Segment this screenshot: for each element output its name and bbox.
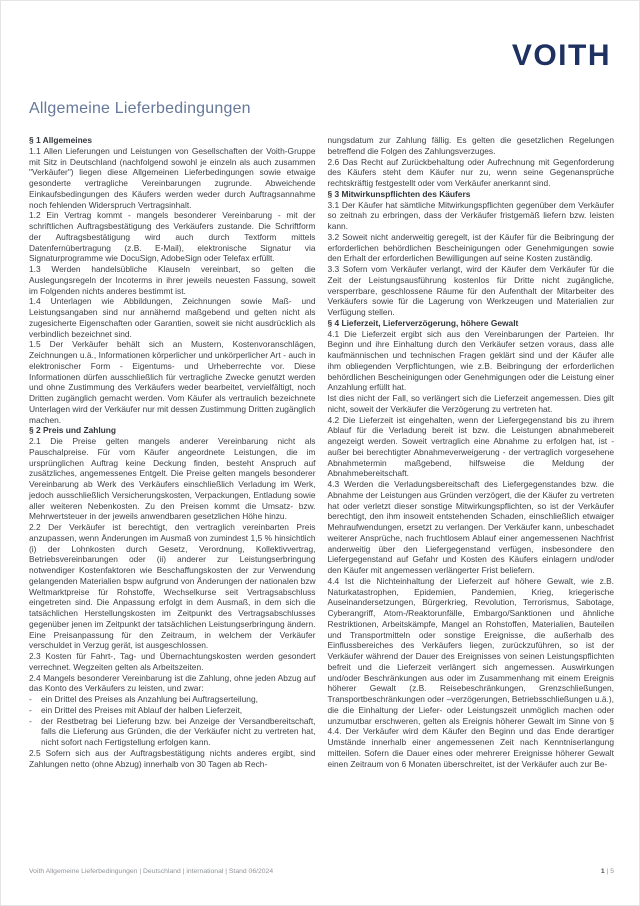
paragraph: 3.1 Der Käufer hat sämtliche Mitwirkungs… (328, 200, 615, 232)
document-body: § 1 Allgemeines1.1 Allen Lieferungen und… (29, 135, 614, 769)
paragraph: Ist dies nicht der Fall, so verlängert s… (328, 393, 615, 415)
paragraph: 4.1 Die Lieferzeit ergibt sich aus den V… (328, 329, 615, 394)
paragraph: 2.2 Der Verkäufer ist berechtigt, den ve… (29, 522, 316, 651)
footer-doc-info: Voith Allgemeine Lieferbedingungen | Deu… (29, 867, 273, 876)
bullet-dash: - (29, 705, 41, 716)
page-number: 1 | 5 (601, 867, 614, 876)
bullet-item: -ein Drittel des Preises mit Ablauf der … (29, 705, 316, 716)
paragraph: 2.6 Das Recht auf Zurückbehaltung oder A… (328, 157, 615, 189)
paragraph: 2.4 Mangels besonderer Vereinbarung ist … (29, 673, 316, 695)
paragraph: 2.1 Die Preise gelten mangels anderer Ve… (29, 436, 316, 522)
document-page: VOITH Allgemeine Lieferbedingungen § 1 A… (0, 0, 640, 906)
paragraph: 4.2 Die Lieferzeit ist eingehalten, wenn… (328, 415, 615, 480)
left-column: § 1 Allgemeines1.1 Allen Lieferungen und… (29, 135, 316, 769)
paragraph: 1.2 Ein Vertrag kommt - mangels besonder… (29, 210, 316, 264)
paragraph: 1.3 Werden handelsübliche Klauseln verei… (29, 264, 316, 296)
bullet-text: der Restbetrag bei Lieferung bzw. bei An… (41, 716, 316, 748)
section-heading: § 2 Preis und Zahlung (29, 425, 316, 436)
paragraph: 2.3 Kosten für Fahrt-, Tag- und Übernach… (29, 651, 316, 673)
paragraph: nungsdatum zur Zahlung fällig. Es gelten… (328, 135, 615, 157)
paragraph: 3.2 Soweit nicht anderweitig geregelt, i… (328, 232, 615, 264)
paragraph: 4.3 Werden die Verladungsbereitschaft de… (328, 479, 615, 576)
bullet-text: ein Drittel des Preises mit Ablauf der h… (41, 705, 316, 716)
page-title: Allgemeine Lieferbedingungen (29, 100, 251, 118)
paragraph: 2.5 Sofern sich aus der Auftragsbestätig… (29, 748, 316, 770)
bullet-item: -der Restbetrag bei Lieferung bzw. bei A… (29, 716, 316, 748)
paragraph: 4.4 Ist die Nichteinhaltung der Lieferze… (328, 576, 615, 770)
voith-logo: VOITH (512, 39, 611, 73)
paragraph: 1.5 Der Verkäufer behält sich an Mustern… (29, 339, 316, 425)
section-heading: § 4 Lieferzeit, Lieferverzögerung, höher… (328, 318, 615, 329)
bullet-dash: - (29, 694, 41, 705)
bullet-dash: - (29, 716, 41, 748)
bullet-item: -ein Drittel des Preises als Anzahlung b… (29, 694, 316, 705)
paragraph: 3.3 Sofern vom Verkäufer verlangt, wird … (328, 264, 615, 318)
page-footer: Voith Allgemeine Lieferbedingungen | Deu… (29, 867, 614, 876)
page-number-total: 5 (610, 868, 614, 875)
paragraph: 1.4 Unterlagen wie Abbildungen, Zeichnun… (29, 296, 316, 339)
section-heading: § 3 Mitwirkunspflichten des Käufers (328, 189, 615, 200)
paragraph: 1.1 Allen Lieferungen und Leistungen von… (29, 146, 316, 211)
bullet-text: ein Drittel des Preises als Anzahlung be… (41, 694, 316, 705)
section-heading: § 1 Allgemeines (29, 135, 316, 146)
right-column: nungsdatum zur Zahlung fällig. Es gelten… (328, 135, 615, 769)
